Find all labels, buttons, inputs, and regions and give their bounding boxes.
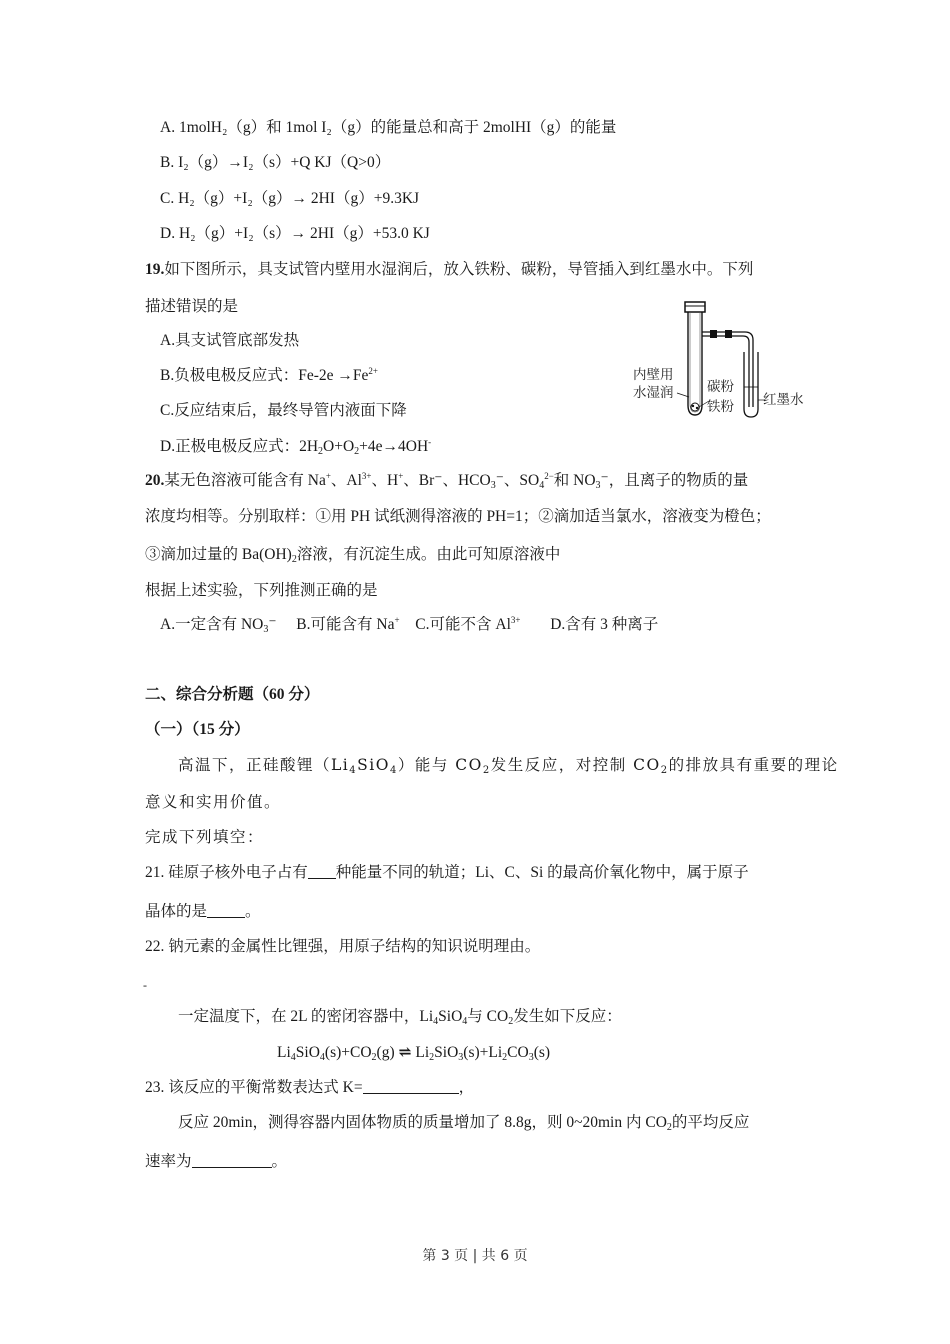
q19-option-b-sup: 2+ <box>368 366 378 376</box>
label-iron-powder: 铁粉 <box>707 399 734 416</box>
part-title: （一）（15 分） <box>145 720 250 740</box>
q23-line1: 23. 该反应的平衡常数表达式 K=， <box>145 1078 474 1098</box>
text: C.可能不含 Al <box>415 616 511 633</box>
sub: 2 <box>661 765 669 776</box>
intro-line2: 意义和实用价值。 <box>145 792 281 812</box>
label-wall-line2: 水湿润 <box>633 385 674 402</box>
text: SiO <box>438 1008 462 1025</box>
text: 反应 20min，测得容器内固体物质的质量增加了 8.8g，则 0~20min … <box>178 1114 667 1131</box>
text: 某无色溶液可能含有 Na <box>164 472 325 489</box>
q22: 22. 钠元素的金属性比锂强，用原子结构的知识说明理由。 <box>145 937 540 957</box>
text: 种能量不同的轨道；Li、C、Si 的最高价氧化物中，属于原子 <box>336 864 749 881</box>
condition-text: 一定温度下，在 2L 的密闭容器中，Li4SiO4与 CO2发生如下反应： <box>178 1007 622 1027</box>
text: ⁻ <box>268 616 276 633</box>
text: 一定温度下，在 2L 的密闭容器中，Li <box>178 1008 433 1025</box>
q20-line4: 根据上述实验，下列推测正确的是 <box>145 581 378 601</box>
text: 、H <box>372 472 399 489</box>
text: ③滴加过量的 Ba(OH) <box>145 546 292 563</box>
text: 溶液，有沉淀生成。由此可知原溶液中 <box>297 546 561 563</box>
answer-blank-orbitals[interactable] <box>308 864 336 879</box>
text: 高温下，正硅酸锂（Li <box>178 756 349 774</box>
answer-blank-k-expression[interactable] <box>363 1079 459 1094</box>
sup: + <box>394 615 399 625</box>
q18-option-d: D. H₂（g）+I₂（s）→ 2HI（g）+53.0 KJ <box>160 224 430 244</box>
q19-option-d-text: D.正极电极反应式：2H <box>160 438 318 455</box>
text: 与 CO <box>467 1008 508 1025</box>
stray-dash: - <box>143 975 147 995</box>
q19-option-d-suffix: +4e→4OH <box>359 438 428 455</box>
text: CO <box>507 1044 529 1061</box>
text: 。 <box>245 903 261 920</box>
q21-line1: 21. 硅原子核外电子占有种能量不同的轨道；Li、C、Si 的最高价氧化物中，属… <box>145 863 749 883</box>
q23-rate-line2: 速率为。 <box>145 1152 287 1172</box>
text: 23. 该反应的平衡常数表达式 K= <box>145 1079 363 1096</box>
equilibrium-arrow-icon: ⇌ <box>399 1044 412 1061</box>
text: 和 NO <box>554 472 596 489</box>
text: 、Br⁻、HCO <box>403 472 490 489</box>
q20-options: A.一定含有 NO3⁻ B.可能含有 Na+ C.可能不含 Al3+ D.含有 … <box>160 615 658 635</box>
apparatus-figure: 内壁用 水湿润 碳粉 铁粉 红墨水 <box>625 297 820 427</box>
section-title: 二、综合分析题（60 分） <box>145 685 319 705</box>
answer-blank-atomic-crystal[interactable] <box>207 903 245 918</box>
q20-line1: 20.某无色溶液可能含有 Na+、Al3+、H+、Br⁻、HCO3⁻、SO42−… <box>145 471 748 491</box>
text: ）能与 CO <box>398 756 483 774</box>
text: (s) <box>534 1044 550 1061</box>
q19-stem-line1: 19.如下图所示，具支试管内壁用水湿润后，放入铁粉、碳粉，导管插入到红墨水中。下… <box>145 260 753 280</box>
text: ， <box>459 1079 475 1096</box>
sup: 2− <box>544 471 554 481</box>
page-footer: 第 3 页 | 共 6 页 <box>0 1245 950 1265</box>
text: 晶体的是 <box>145 903 207 920</box>
answer-blank-rate[interactable] <box>192 1153 272 1168</box>
text: 的平均反应 <box>672 1114 750 1131</box>
text: 发生如下反应： <box>513 1008 622 1025</box>
sup: 3+ <box>511 615 521 625</box>
q20-option-b: B.可能含有 Na+ <box>296 616 399 633</box>
q20-line3: ③滴加过量的 Ba(OH)2溶液，有沉淀生成。由此可知原溶液中 <box>145 545 560 565</box>
text: 的排放具有重要的理论 <box>669 756 839 774</box>
text: SiO <box>357 756 390 774</box>
text: ⁻、SO <box>496 472 540 489</box>
sup: 3+ <box>362 471 372 481</box>
intro-line1: 高温下，正硅酸锂（Li4SiO4）能与 CO2发生反应，对控制 CO2的排放具有… <box>178 755 839 775</box>
q19-number: 19. <box>145 261 164 278</box>
q19-option-a: A.具支试管底部发热 <box>160 331 299 351</box>
instruction: 完成下列填空： <box>145 827 264 847</box>
sub: 4 <box>539 480 544 491</box>
q21-line2: 晶体的是。 <box>145 902 261 922</box>
text: SiO <box>296 1044 320 1061</box>
label-red-ink: 红墨水 <box>763 392 804 409</box>
q20-option-c: C.可能不含 Al3+ <box>415 616 520 633</box>
q19-option-c: C.反应结束后，最终导管内液面下降 <box>160 401 407 421</box>
q19-option-d-mid: O+O <box>323 438 354 455</box>
q18-option-b: B. I₂（g）→I₂（s）+Q KJ（Q>0） <box>160 153 390 173</box>
text: 发生反应，对控制 CO <box>491 756 661 774</box>
q20-option-d: D.含有 3 种离子 <box>550 616 658 633</box>
text: 。 <box>272 1153 288 1170</box>
q18-option-c: C. H₂（g）+I₂（g）→ 2HI（g）+9.3KJ <box>160 189 419 209</box>
text: ⁻，且离子的物质的量 <box>601 472 749 489</box>
q20-option-a: A.一定含有 NO3⁻ <box>160 616 277 633</box>
q19-option-b: B.负极电极反应式：Fe-2e →Fe2+ <box>160 366 378 386</box>
text: A.一定含有 NO <box>160 616 263 633</box>
text: SiO <box>434 1044 458 1061</box>
q23-rate-line1: 反应 20min，测得容器内固体物质的质量增加了 8.8g，则 0~20min … <box>178 1113 749 1133</box>
text: 、Al <box>331 472 362 489</box>
label-carbon-powder: 碳粉 <box>707 379 734 396</box>
text: (s)+CO <box>325 1044 372 1061</box>
text: (g) <box>377 1044 395 1061</box>
q19-option-d: D.正极电极反应式：2H2O+O2+4e→4OH- <box>160 437 431 457</box>
text: B.可能含有 Na <box>296 616 394 633</box>
q19-stem-text: 如下图所示，具支试管内壁用水湿润后，放入铁粉、碳粉，导管插入到红墨水中。下列 <box>164 261 753 278</box>
sub: 4 <box>390 765 398 776</box>
label-wall-line1: 内壁用 <box>633 367 674 384</box>
sup: - <box>428 437 431 447</box>
sub: 4 <box>349 765 357 776</box>
text: Li <box>277 1044 291 1061</box>
reaction-equation: Li4SiO4(s)+CO2(g) ⇌ Li2SiO3(s)+Li2CO3(s) <box>277 1043 550 1063</box>
text: 21. 硅原子核外电子占有 <box>145 864 308 881</box>
text: Li <box>412 1044 430 1061</box>
q20-line2: 浓度均相等。分别取样：①用 PH 试纸测得溶液的 PH=1；②滴加适当氯水，溶液… <box>145 507 771 527</box>
q18-option-a: A. 1molH₂（g）和 1mol I₂（g）的能量总和高于 2molHI（g… <box>160 118 616 138</box>
sub: 2 <box>483 765 491 776</box>
q20-number: 20. <box>145 472 164 489</box>
q19-option-b-text: B.负极电极反应式：Fe-2e →Fe <box>160 367 368 384</box>
q19-stem-line2: 描述错误的是 <box>145 297 238 317</box>
text: (s)+Li <box>463 1044 502 1061</box>
text: 速率为 <box>145 1153 192 1170</box>
